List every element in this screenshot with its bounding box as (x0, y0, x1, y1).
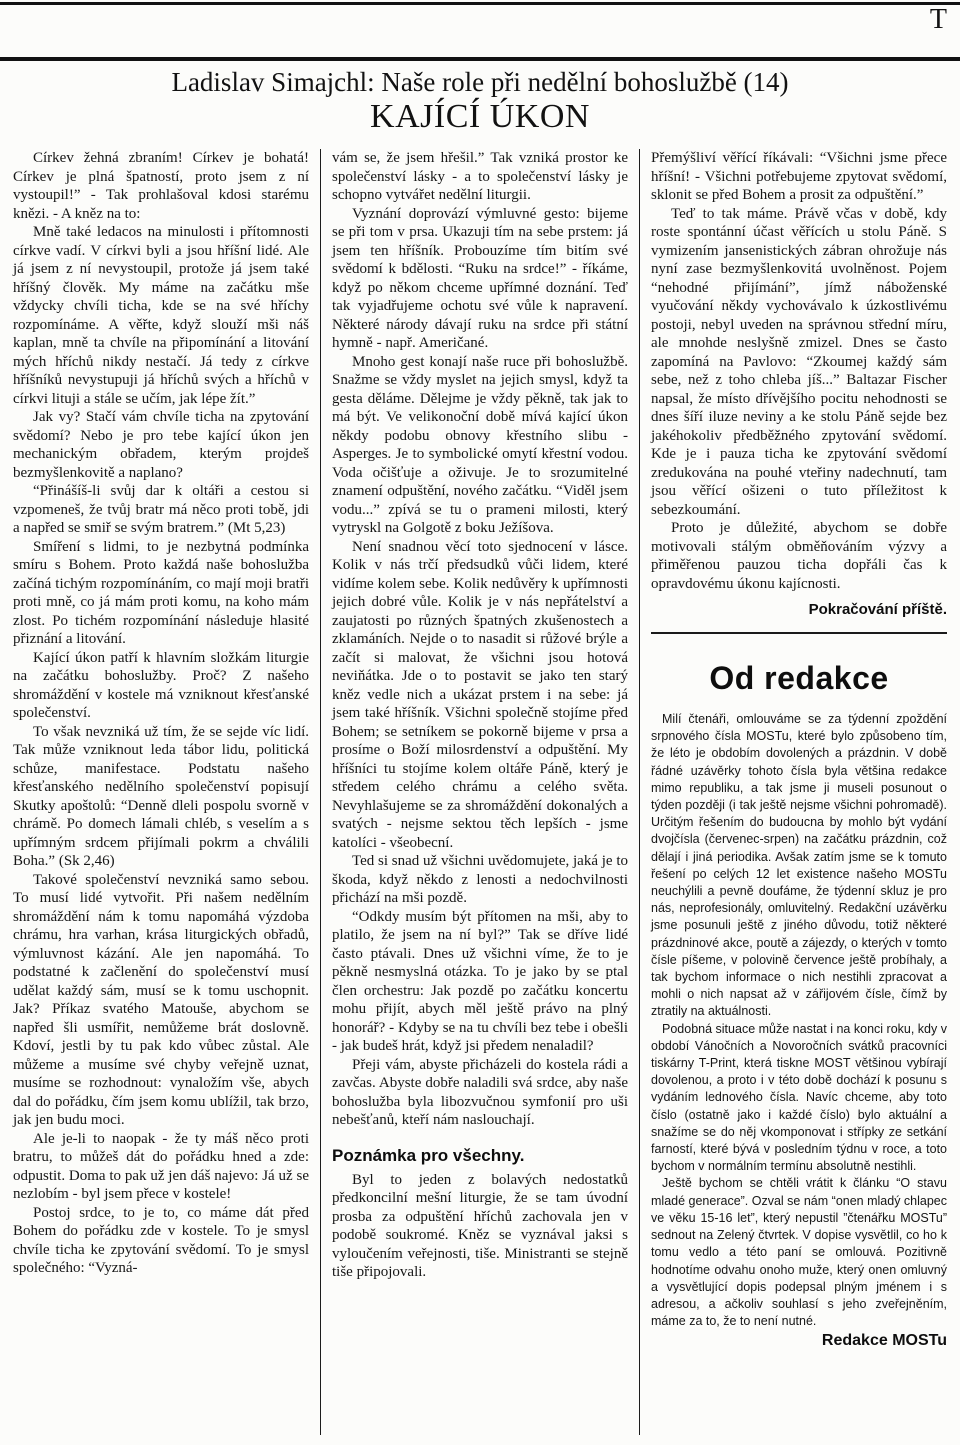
body-paragraph: Mnoho gest konají naše ruce při bohosluž… (332, 353, 628, 538)
body-paragraph: Církev žehná zbraním! Církev je bohatá! … (13, 149, 309, 223)
body-paragraph: Není snadnou věcí toto sjednocení v lásc… (332, 538, 628, 853)
body-paragraph: Ale je-li to naopak - že ty máš něco pro… (13, 1130, 309, 1204)
body-paragraph: Byl to jeden z bolavých nedostatků předk… (332, 1171, 628, 1282)
column-3: Přemýšliví věřící říkávali: “Všichni jsm… (639, 149, 950, 1435)
section-divider (651, 632, 947, 634)
note-heading: Poznámka pro všechny. (332, 1146, 628, 1166)
body-paragraph: Jak vy? Stačí vám chvíle ticha na zpytov… (13, 408, 309, 482)
body-paragraph: Mně také ledacos na minulosti i přítomno… (13, 223, 309, 408)
body-paragraph: Přeji vám, abyste přicházeli do kostela … (332, 1056, 628, 1130)
body-paragraph: vám se, že jsem hřešil.” Tak vzniká pros… (332, 149, 628, 205)
header-rule (0, 57, 960, 61)
article-subtitle: KAJÍCÍ ÚKON (0, 98, 960, 136)
body-paragraph: Postoj srdce, to je to, co máme dát před… (13, 1204, 309, 1278)
page-corner-letter: T (930, 6, 947, 34)
body-paragraph: Teď to tak máme. Právě včas v době, kdy … (651, 205, 947, 520)
body-paragraph: Takové společenství nevzniká samo sebou.… (13, 871, 309, 1130)
column-1: Církev žehná zbraním! Církev je bohatá! … (10, 149, 320, 1435)
top-rule (0, 2, 960, 5)
body-paragraph: Přemýšliví věřící říkávali: “Všichni jsm… (651, 149, 947, 205)
body-paragraph: Vyznání doprovází výmluvné gesto: bijeme… (332, 205, 628, 353)
article-columns: Církev žehná zbraním! Církev je bohatá! … (10, 149, 950, 1435)
body-paragraph: Kající úkon patří k hlavním složkám litu… (13, 649, 309, 723)
body-paragraph: Ted si snad už všichni uvědomujete, jaká… (332, 852, 628, 908)
signature: Redakce MOSTu (651, 1332, 947, 1350)
column-2: vám se, že jsem hřešil.” Tak vzniká pros… (320, 149, 639, 1435)
body-paragraph: “Přinášíš-li svůj dar k oltáři a cestou … (13, 482, 309, 538)
newsletter-page: T Ladislav Simajchl: Naše role při neděl… (0, 0, 960, 1445)
body-paragraph: Proto je důležité, abychom se dobře moti… (651, 519, 947, 593)
body-paragraph: To však nevzniká už tím, že se sejde víc… (13, 723, 309, 871)
editorial-heading: Od redakce (651, 660, 947, 697)
editorial-paragraph: Podobná situace může nastat i na konci r… (651, 1021, 947, 1176)
article-title: Ladislav Simajchl: Naše role při nedělní… (0, 67, 960, 98)
editorial-paragraph: Ještě bychom se chtěli vrátit k článku “… (651, 1175, 947, 1330)
body-paragraph: “Odkdy musím být přítomen na mši, aby to… (332, 908, 628, 1056)
continuation-note: Pokračování příště. (651, 601, 947, 618)
editorial-paragraph: Milí čtenáři, omlouváme se za týdenní zp… (651, 711, 947, 1021)
body-paragraph: Smíření s lidmi, to je nezbytná podmínka… (13, 538, 309, 649)
